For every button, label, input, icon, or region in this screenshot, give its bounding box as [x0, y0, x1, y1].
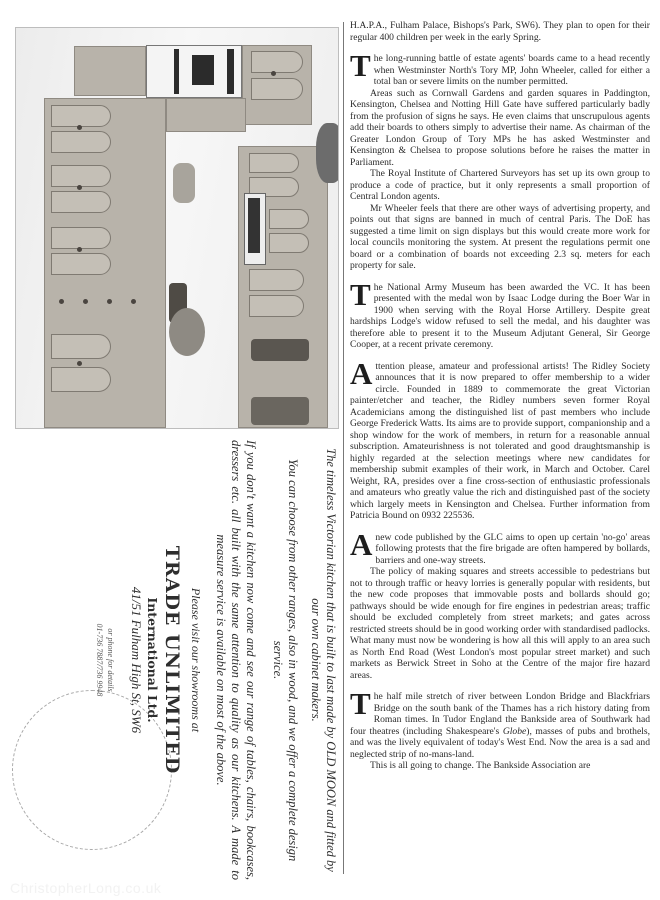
- advert-address: 41/51 Fulham High St, SW6: [128, 440, 145, 880]
- cabinet-top-right: [242, 45, 312, 125]
- hood-glass: [248, 198, 260, 253]
- door-panel: [51, 131, 111, 153]
- knob: [59, 299, 64, 304]
- door-panel: [51, 334, 111, 359]
- paragraph: The policy of making squares and streets…: [350, 566, 650, 681]
- platter: [169, 308, 205, 356]
- story-ridley-society: Attention please, amateur and profession…: [350, 361, 650, 522]
- door-panel: [51, 191, 111, 213]
- paragraph: The National Army Museum has been awarde…: [350, 282, 650, 351]
- plant: [316, 123, 339, 183]
- paragraph: Mr Wheeler feels that there are other wa…: [350, 203, 650, 272]
- paragraph: Attention please, amateur and profession…: [350, 361, 650, 522]
- knob: [271, 71, 276, 76]
- cabinet-top-left: [74, 46, 146, 96]
- door-panel: [249, 269, 304, 291]
- paragraph: The long-running battle of estate agents…: [350, 53, 650, 88]
- story-army-museum-vc: The National Army Museum has been awarde…: [350, 282, 650, 351]
- paragraph-text: he long-running battle of estate agents'…: [374, 53, 650, 87]
- paragraph-text: new code published by the GLC aims to op…: [375, 532, 650, 566]
- drop-cap: T: [350, 283, 371, 307]
- advert-ranges: You can choose from other ranges, also i…: [270, 440, 300, 880]
- extractor-hood: [244, 193, 266, 265]
- paragraph: This is all going to change. The Banksid…: [350, 760, 650, 772]
- door-panel: [251, 51, 303, 73]
- cabinet-right-run: [238, 146, 328, 428]
- door-panel: [249, 153, 299, 173]
- door-panel: [51, 367, 111, 392]
- knob: [77, 185, 82, 190]
- advert-company-suffix: International Ltd.: [145, 440, 160, 880]
- kitchen-photo: [15, 27, 339, 429]
- column-divider: [343, 22, 344, 874]
- oven-controls: [227, 49, 234, 94]
- knob: [77, 361, 82, 366]
- knob: [77, 247, 82, 252]
- door-panel: [249, 295, 304, 317]
- drop-cap: A: [350, 362, 372, 386]
- built-in-oven: [146, 45, 242, 98]
- knob: [131, 299, 136, 304]
- advert-phone: 01-736 7887/736 9948: [94, 440, 105, 880]
- paragraph: H.A.P.A., Fulham Palace, Bishops's Park,…: [350, 20, 650, 43]
- story-glc-no-go-areas: A new code published by the GLC aims to …: [350, 532, 650, 682]
- drop-cap: A: [350, 533, 372, 557]
- oven-window: [192, 55, 214, 85]
- drop-cap: T: [350, 692, 371, 716]
- watermark: ChristopherLong.co.uk: [10, 880, 161, 896]
- drop-cap: T: [350, 54, 371, 78]
- door-panel: [51, 253, 111, 275]
- advert-lead: The timeless Victorian kitchen that is b…: [308, 440, 338, 880]
- italic-title: Globe: [503, 726, 526, 737]
- advert-phone-label: or phone for details: [105, 440, 116, 880]
- cabinet-top-bridge: [166, 98, 246, 132]
- story-hapa: H.A.P.A., Fulham Palace, Bishops's Park,…: [350, 20, 650, 43]
- paragraph-text: ttention please, amateur and professiona…: [350, 361, 650, 522]
- news-column: H.A.P.A., Fulham Palace, Bishops's Park,…: [350, 20, 650, 782]
- plate-rack: [251, 339, 309, 361]
- knob: [107, 299, 112, 304]
- paragraph: A new code published by the GLC aims to …: [350, 532, 650, 567]
- oven-strip: [174, 49, 179, 94]
- door-panel: [51, 165, 111, 187]
- paragraph: The half mile stretch of river between L…: [350, 691, 650, 760]
- door-panel: [251, 78, 303, 100]
- advert-visit: Please visit our showrooms at: [188, 440, 203, 880]
- knob: [83, 299, 88, 304]
- door-panel: [51, 227, 111, 249]
- knob: [77, 125, 82, 130]
- plate-rack-lower: [251, 397, 309, 425]
- story-estate-agents-boards: The long-running battle of estate agents…: [350, 53, 650, 272]
- door-panel: [269, 233, 309, 253]
- cabinet-left-run: [44, 98, 166, 428]
- advert-brand: TRADE UNLIMITED: [160, 440, 184, 880]
- paragraph: Areas such as Cornwall Gardens and garde…: [350, 88, 650, 169]
- trade-unlimited-advert: The timeless Victorian kitchen that is b…: [23, 440, 338, 880]
- paragraph: The Royal Institute of Chartered Surveyo…: [350, 168, 650, 203]
- kettle: [173, 163, 195, 203]
- door-panel: [269, 209, 309, 229]
- door-panel: [51, 105, 111, 127]
- paragraph-text: he National Army Museum has been awarded…: [350, 282, 650, 351]
- advert-furniture: If you don't want a kitchen now come and…: [213, 440, 258, 880]
- story-bankside: The half mile stretch of river between L…: [350, 691, 650, 772]
